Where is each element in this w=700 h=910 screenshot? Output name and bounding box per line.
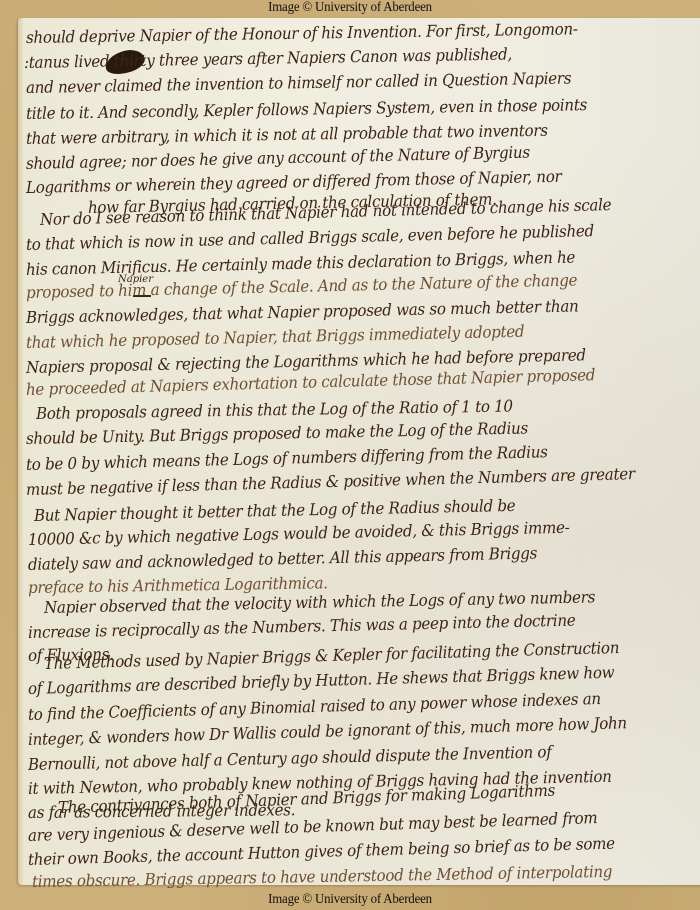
- copyright-caption-bottom: Image © University of Aberdeen: [28, 892, 672, 908]
- manuscript-line: :tanus lived thirty three years after Na…: [24, 44, 512, 72]
- manuscript-line: diately saw and acknowledged to better. …: [28, 543, 538, 574]
- manuscript-line: and never claimed the invention to himse…: [26, 68, 572, 97]
- manuscript-line: title to it. And secondly, Kepler follow…: [26, 95, 587, 123]
- copyright-caption-top: Image © University of Aberdeen: [28, 0, 672, 16]
- manuscript-line: should deprive Napier of the Honour of h…: [26, 19, 578, 47]
- manuscript-page: Napier should deprive Napier of the Hono…: [18, 18, 700, 885]
- manuscript-line: Both proposals agreed in this that the L…: [36, 397, 513, 423]
